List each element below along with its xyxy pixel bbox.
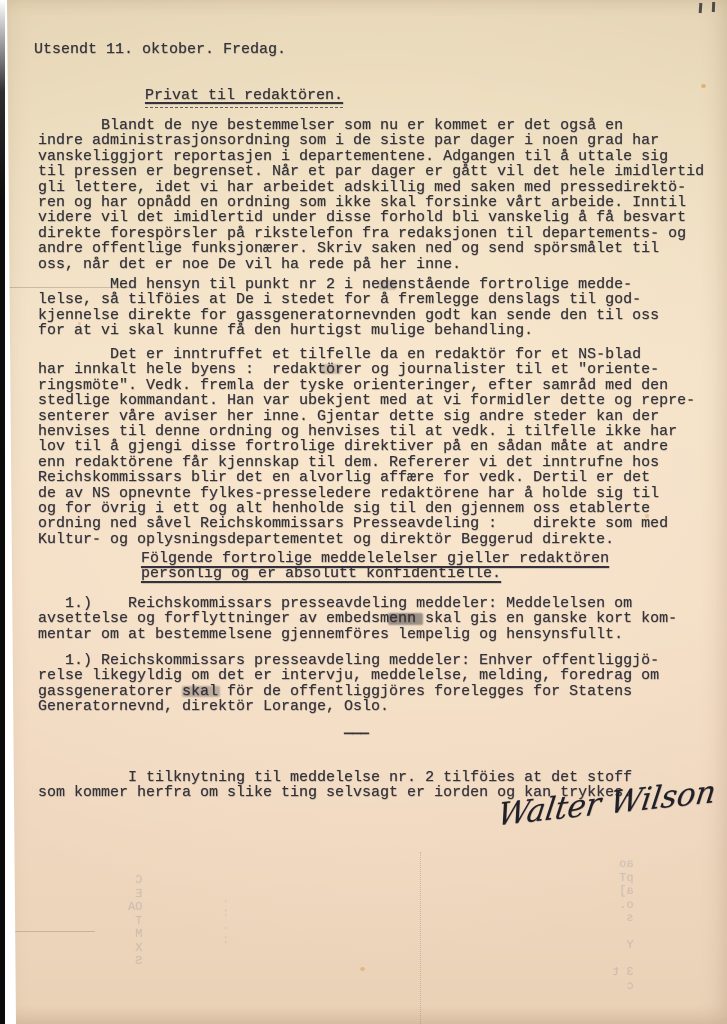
document-page: Utsendt 11. oktober. Fredag. Privat til …: [0, 0, 727, 1024]
ink-smudge-erased-nr: [379, 280, 396, 290]
ghost-bleedthrough-right: ao pT a] o. s Y 3 t c: [612, 858, 634, 993]
paper-stain: [78, 322, 81, 325]
corner-mark-icon: [699, 3, 703, 13]
document-title: Privat til redaktören.: [145, 88, 343, 108]
scan-frame: Utsendt 11. oktober. Fredag. Privat til …: [0, 0, 727, 1024]
paragraph-intro: Blandt de nye bestemmelser som nu er kom…: [38, 118, 723, 272]
corner-mark-icon: [712, 2, 715, 12]
separator-dash: ———: [344, 726, 368, 741]
ink-smudge-overstrike-skal: [388, 613, 423, 625]
scanner-edge-strip: [0, 0, 5, 1024]
paper-stain: [701, 84, 706, 88]
fold-crease-lower: [0, 931, 95, 932]
date-line: Utsendt 11. oktober. Fredag.: [34, 42, 286, 57]
fold-crease-vertical: [420, 852, 421, 1024]
directive-item-2: 1.) Reichskommissars presseavdeling medd…: [38, 653, 723, 715]
paper-stain: [360, 967, 365, 971]
paragraph-ns-blad: Det er inntruffet et tilfelle da en reda…: [38, 347, 723, 547]
ink-smudge-overstrike-likegyldig: [182, 686, 220, 697]
ghost-bleedthrough-left: C E OA T M X S: [128, 874, 142, 969]
ghost-bleedthrough-middle: . : . :: [222, 893, 229, 947]
ink-smudge-byens: [321, 364, 341, 374]
confidential-subheading: Fölgende fortrolige meddelelelser gjelle…: [141, 551, 701, 582]
paper-stain: [645, 514, 649, 518]
fold-crease-upper: [0, 287, 135, 288]
directive-item-1: 1.) Reichskommissars presseavdeling medd…: [38, 596, 723, 642]
